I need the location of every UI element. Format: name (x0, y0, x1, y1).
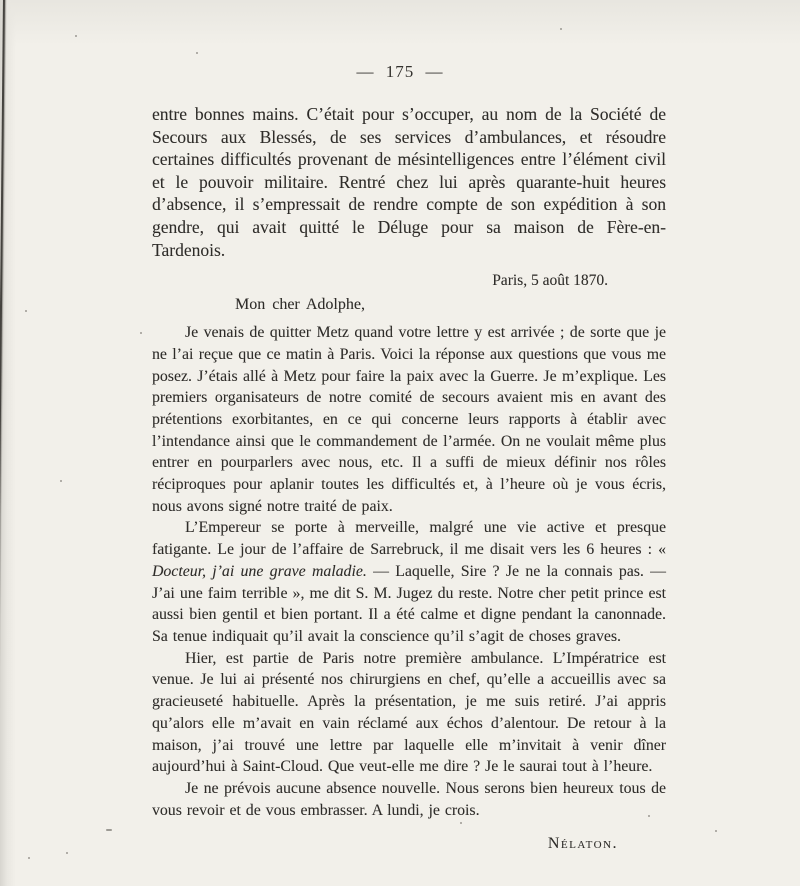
page-content: entre bonnes mains. C’était pour s’occup… (152, 103, 666, 853)
scan-speck (560, 28, 562, 30)
letter-paragraph-4: Je ne prévois aucune absence nouvelle. N… (152, 778, 666, 821)
letter-dateline: Paris, 5 août 1870. (152, 272, 666, 290)
scan-speck (60, 480, 62, 482)
letter-signature: Nélaton. (152, 835, 666, 853)
scan-speck (66, 852, 68, 854)
scan-speck (196, 52, 198, 54)
letter-paragraph-2-start: L’Empereur se porte à merveille, malgré … (152, 519, 666, 558)
letter-paragraph-3: Hier, est partie de Paris notre première… (152, 648, 666, 778)
scan-speck (25, 310, 27, 312)
narration-paragraph: entre bonnes mains. C’était pour s’occup… (152, 103, 666, 261)
page-number: — 175 — (0, 62, 800, 82)
scanned-book-page: — 175 — entre bonnes mains. C’était pour… (0, 0, 800, 886)
letter-salutation: Mon cher Adolphe, (235, 296, 666, 314)
scan-speck (28, 857, 30, 859)
scan-speck (140, 332, 142, 334)
letter-paragraph-2: L’Empereur se porte à merveille, malgré … (152, 517, 666, 647)
scan-speck (715, 830, 717, 832)
scan-speck (106, 829, 112, 831)
scan-speck (75, 35, 77, 37)
letter-paragraph-1: Je venais de quitter Metz quand votre le… (152, 322, 666, 517)
quoted-speech-italic: Docteur, j’ai une grave maladie. (152, 563, 367, 580)
